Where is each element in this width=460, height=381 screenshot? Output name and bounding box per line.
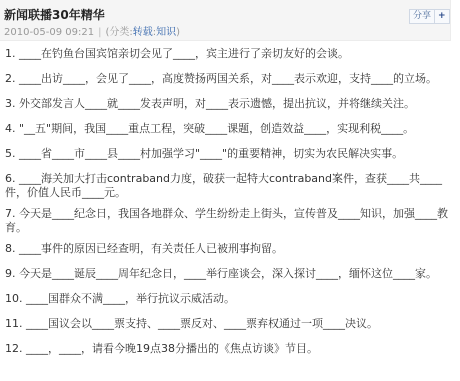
list-item: 2. ____出访____，会见了____，高度赞扬两国关系，对____表示欢迎… [5,72,455,86]
list-item: 7. 今天是____纪念日，我国各地群众、学生纷纷走上街头，宣传普及____知识… [5,207,455,235]
list-item: 10. ____国群众不满____，举行抗议示威活动。 [5,292,455,306]
list-item: 1. ____在钓鱼台国宾馆亲切会见了____，宾主进行了亲切友好的会谈。 [5,47,455,61]
list-item: 3. 外交部发言人____就____发表声明，对____表示遗憾，提出抗议，并将… [5,97,455,111]
share-plus-icon[interactable]: + [434,10,449,23]
post-date: 2010-05-09 09:21 [4,27,94,38]
meta-separator: | [98,27,101,38]
category-link-repost[interactable]: 转载 [133,27,153,38]
post-meta: 2010-05-09 09:21|(分类:转载:知识) [4,23,180,38]
list-item: 4. "__五"期间，我国____重点工程，突破____课题，创造效益____，… [5,122,455,136]
category-suffix: ) [176,27,180,38]
list-item: 8. ____事件的原因已经查明，有关责任人已被刑事拘留。 [5,242,455,256]
post-body: 1. ____在钓鱼台国宾馆亲切会见了____，宾主进行了亲切友好的会谈。 2.… [5,47,455,367]
list-item: 6. ____海关加大打击contraband力度，破获一起特大contraba… [5,172,455,200]
category-link-knowledge[interactable]: 知识 [156,27,176,38]
share-button[interactable]: 分享 [410,10,434,23]
post-title: 新闻联播30年精华 [4,6,105,23]
list-item: 11. ____国议会以____票支持、____票反对、____票弃权通过一项_… [5,317,455,331]
post-header: 新闻联播30年精华 2010-05-09 09:21|(分类:转载:知识) 分享… [0,0,451,41]
category-prefix: (分类: [106,27,133,38]
list-item: 5. ____省____市____县____村加强学习"____"的重要精神，切… [5,147,455,161]
share-widget: 分享 + [409,9,450,24]
list-item: 12. ____，____，请看今晚19点38分播出的《焦点访谈》节目。 [5,342,455,356]
list-item: 9. 今天是____诞辰____周年纪念日，____举行座谈会，深入探讨____… [5,267,455,281]
